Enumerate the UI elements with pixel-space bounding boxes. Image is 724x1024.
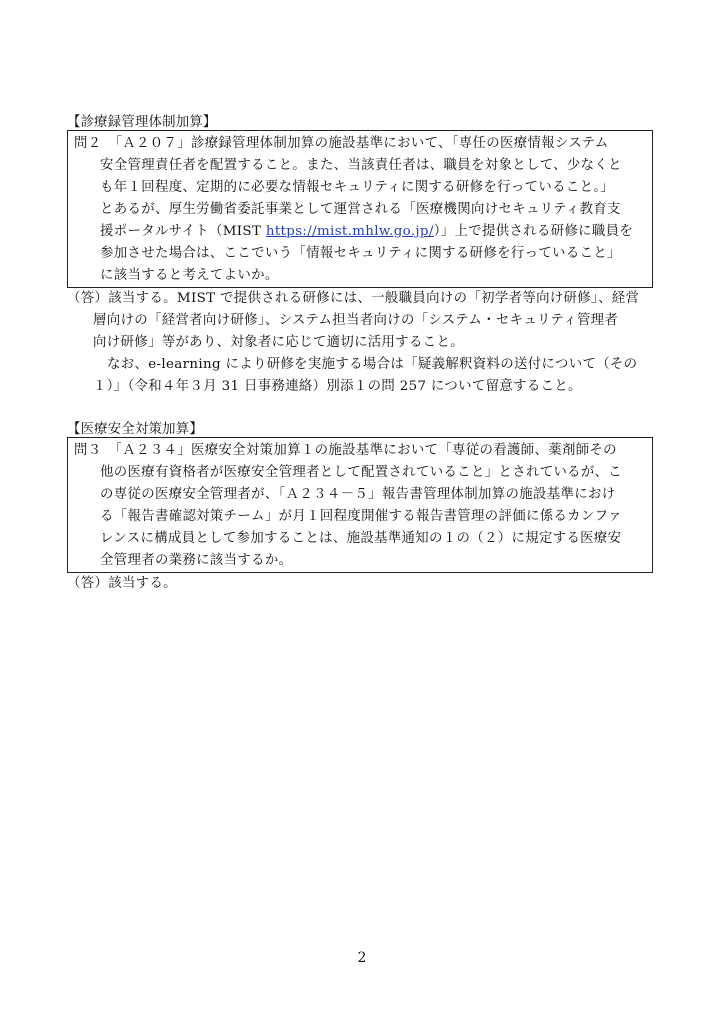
line-5-suffix: ）」上で提供される研修に職員を [434,224,633,239]
question-3-line-3: の専従の医療安全管理者が、「Ａ２３４－５」報告書管理体制加算の施設基準におけ [100,484,615,506]
question-3-line-2: 他の医療有資格者が医療安全管理者として配置されていること」とされているが、こ [100,462,622,484]
answer-3-line-1: （答）該当する。 [67,573,177,595]
question-3-line-6: 全管理者の業務に該当するか。 [100,550,292,572]
question-2-line-7: に該当すると考えてよいか。 [100,265,279,287]
question-3-line-4: る「報告書確認対策チーム」が月１回程度開催する報告書管理の評価に係るカンファ [100,506,622,528]
answer-2-line-3: 向け研修」等があり、対象者に応じて適切に活用すること。 [93,332,464,354]
question-2-line-3: も年１回程度、定期的に必要な情報セキュリティに関する研修を行っていること。」 [100,177,614,199]
question-3-line-1: 問３ 「Ａ２３４」医療安全対策加算１の施設基準において「専従の看護師、薬剤師その [74,440,617,462]
document-page: 【診療録管理体制加算】 問２ 「Ａ２０７」診療録管理体制加算の施設基準において、… [0,0,724,1024]
question-2-line-2: 安全管理責任者を配置すること。また、当該責任者は、職員を対象として、少なくと [100,155,622,177]
question-2-line-6: 参加させた場合は、ここでいう「情報セキュリティに関する研修を行っていること」 [100,243,621,265]
answer-2-line-2: 層向けの「経営者向け研修」、システム担当者向けの「システム・セキュリティ管理者 [93,310,618,332]
answer-2-line-5: １）」（令和４年３月 31 日事務連絡）別添１の問 257 について留意すること… [93,376,582,398]
question-2-line-4: とあるが、厚生労働省委託事業として運営される「医療機関向けセキュリティ教育支 [100,199,621,221]
mist-url-link[interactable]: https://mist.mhlw.go.jp/ [266,224,434,239]
question-box-2: 問２ 「Ａ２０７」診療録管理体制加算の施設基準において、「専任の医療情報システム… [67,130,653,288]
line-5-prefix: 援ポータルサイト（MIST [100,224,266,239]
answer-2-line-1: （答）該当する。MIST で提供される研修には、一般職員向けの「初学者等向け研修… [67,288,639,310]
question-2-line-5: 援ポータルサイト（MIST https://mist.mhlw.go.jp/）」… [100,221,633,243]
question-3-line-5: レンスに構成員として参加することは、施設基準通知の１の（２）に規定する医療安 [100,528,621,550]
question-2-line-1: 問２ 「Ａ２０７」診療録管理体制加算の施設基準において、「専任の医療情報システム [74,133,609,155]
question-box-3: 問３ 「Ａ２３４」医療安全対策加算１の施設基準において「専従の看護師、薬剤師その… [67,437,653,573]
answer-2-line-4: なお、e-learning により研修を実施する場合は「疑義解釈資料の送付につい… [107,354,637,376]
page-number: 2 [0,950,724,966]
